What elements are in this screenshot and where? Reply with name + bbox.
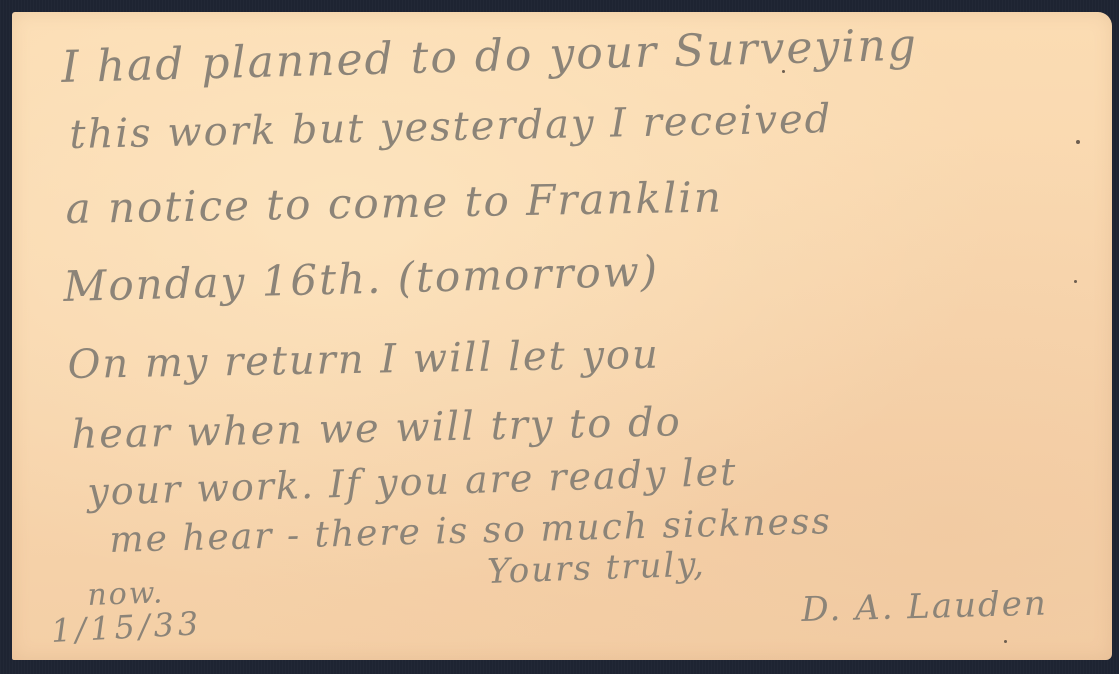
letter-line-8: me hear - there is so much sickness [109,501,832,561]
letter-signature: D. A. Lauden [801,584,1048,630]
paper-speck [1076,140,1080,144]
letter-line-2: this work but yesterday I received [69,96,833,158]
letter-line-7: your work. If you are ready let [87,450,738,514]
letter-date: 1/15/33 [50,604,203,650]
postcard: I had planned to do your Surveying this … [12,12,1112,660]
letter-line-3: a notice to come to Franklin [65,173,723,233]
letter-line-5: On my return I will let you [67,332,660,388]
paper-speck [1004,640,1007,643]
paper-speck [1074,280,1077,283]
paper-speck [782,70,785,73]
letter-line-1: I had planned to do your Surveying [61,20,919,93]
letter-line-6: hear when we will try to do [71,399,682,458]
letter-line-4: Monday 16th. (tomorrow) [63,246,660,311]
letter-closing: Yours truly, [487,544,707,592]
